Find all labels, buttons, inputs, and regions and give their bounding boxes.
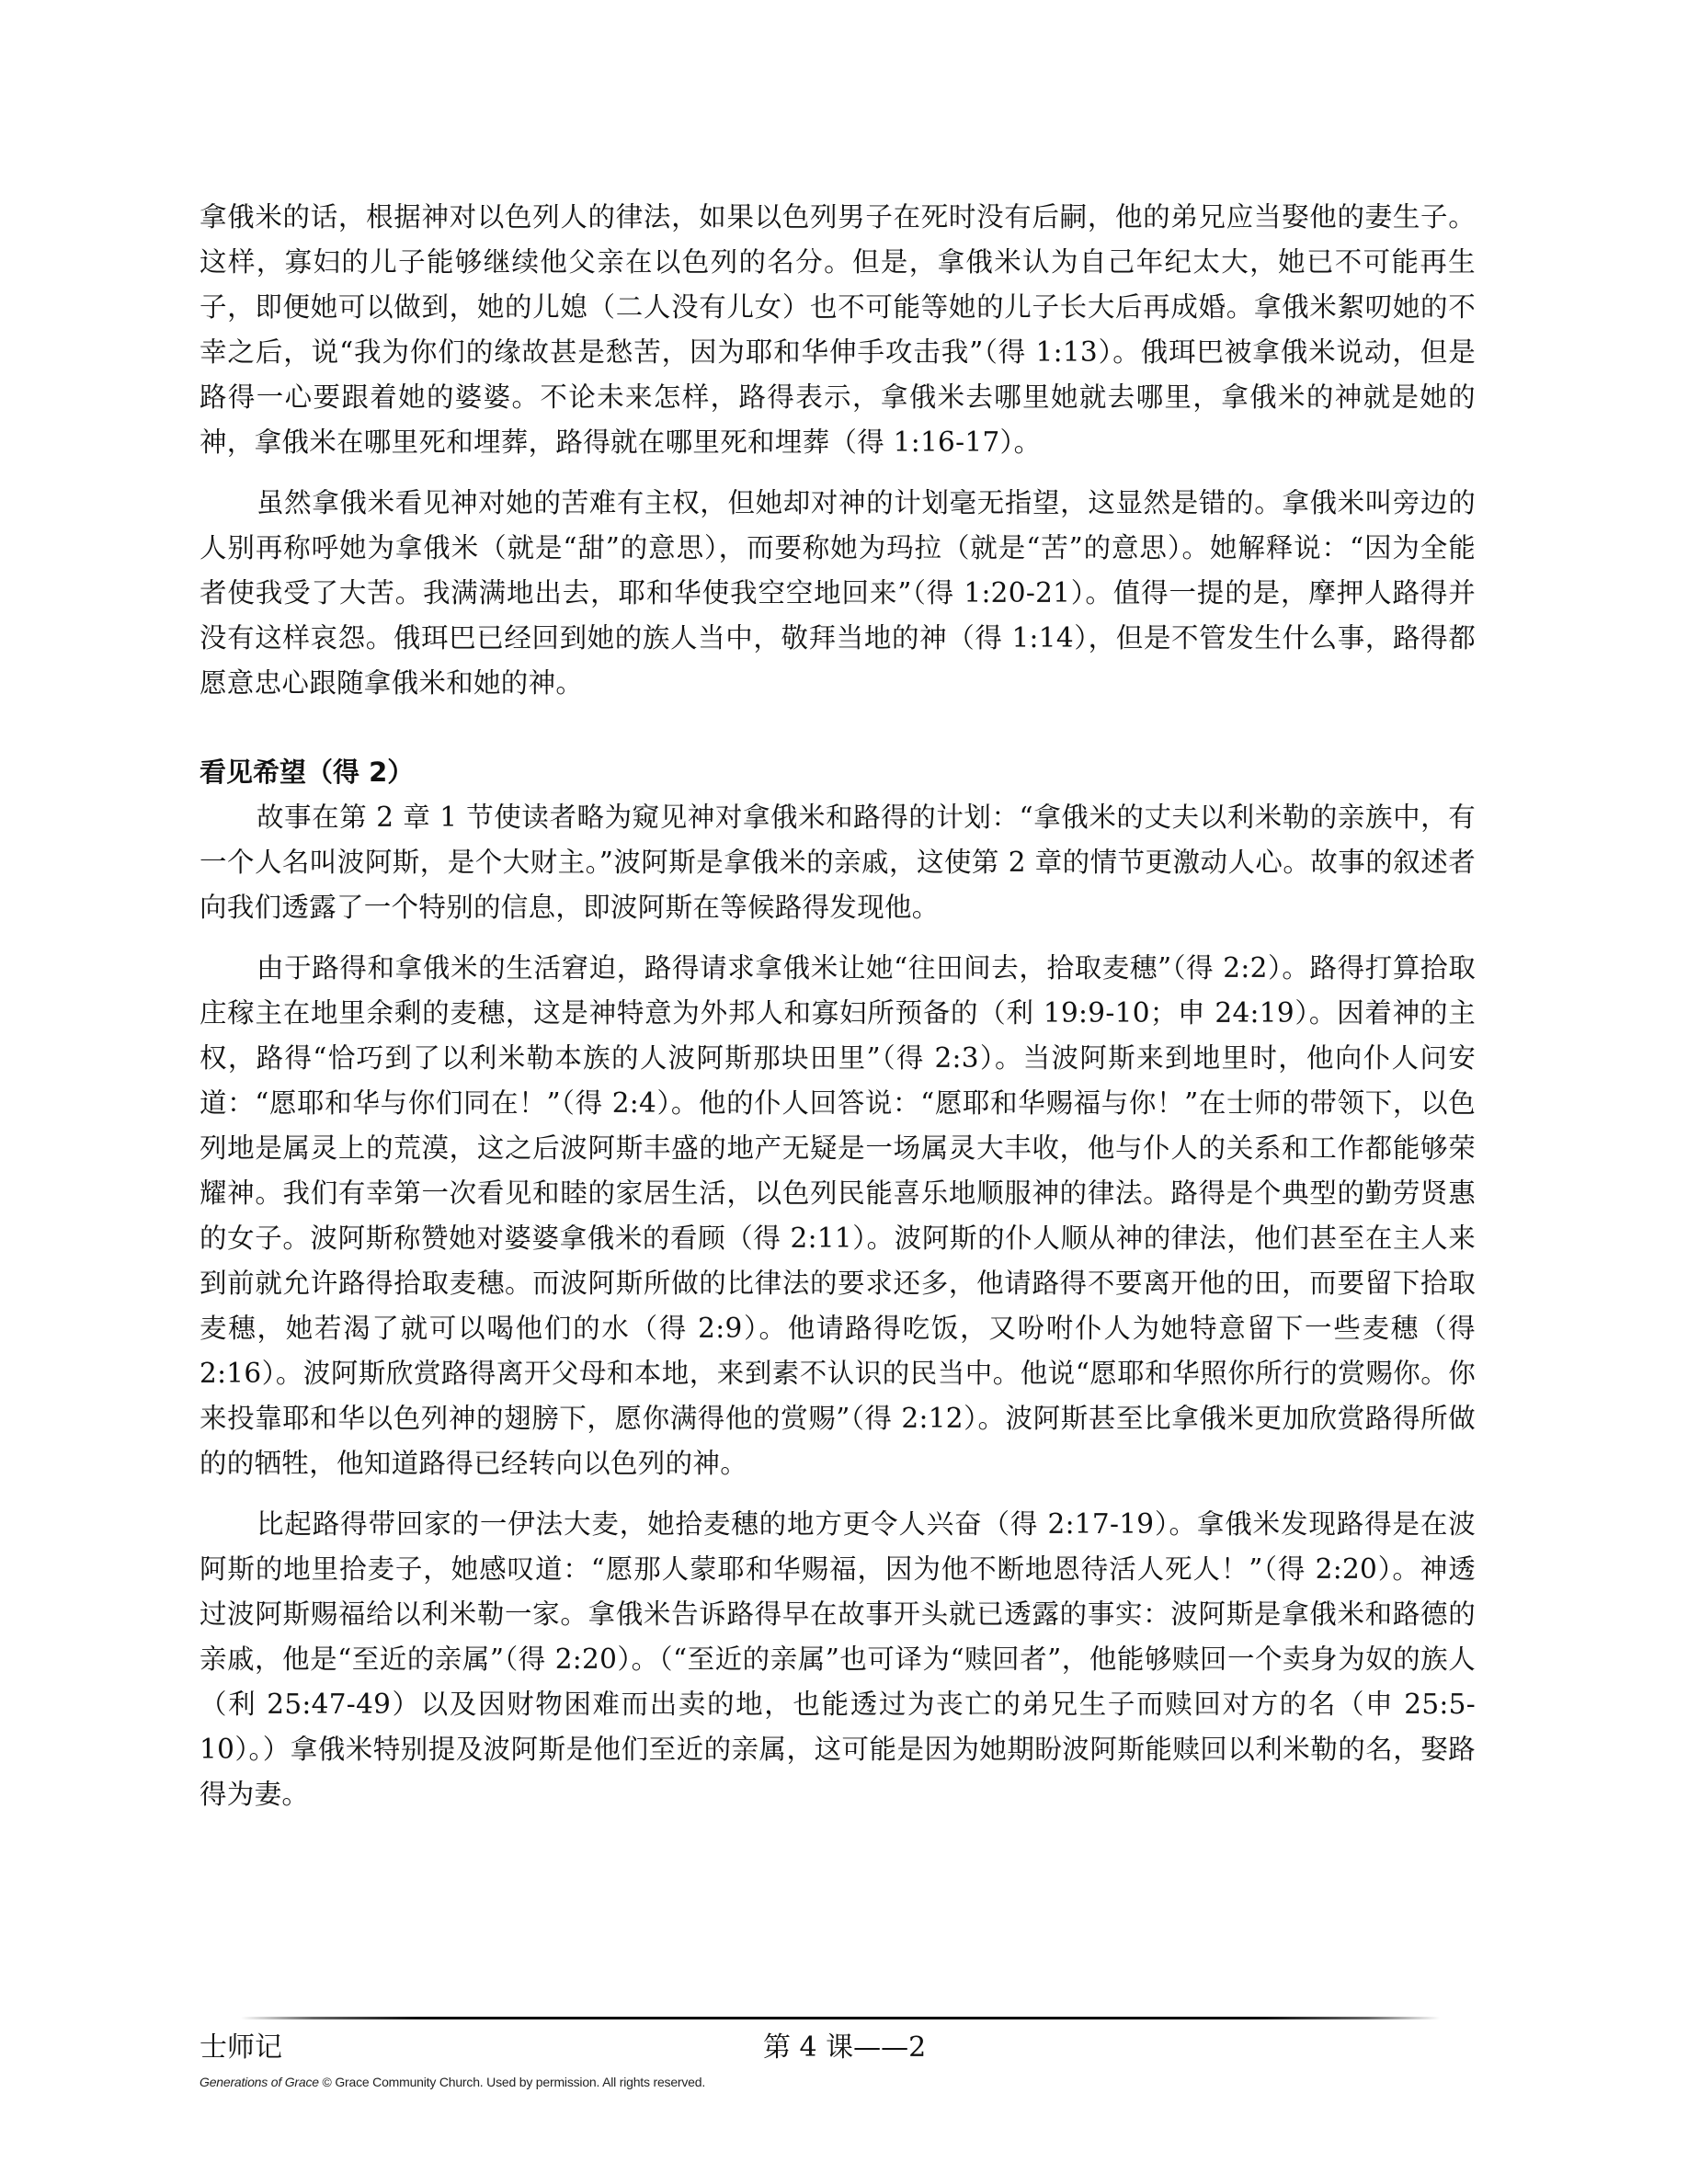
- paragraph: 由于路得和拿俄米的生活窘迫，路得请求拿俄米让她“往田间去，拾取麦穗”（得 2:2…: [200, 946, 1476, 1486]
- paragraph: 故事在第 2 章 1 节使读者略为窥见神对拿俄米和路得的计划：“拿俄米的丈夫以利…: [200, 795, 1476, 930]
- footer-divider: [241, 2017, 1440, 2019]
- footer-copyright: Generations of Grace © Grace Community C…: [200, 2074, 705, 2090]
- section-heading: 看见希望（得 2）: [200, 750, 1476, 795]
- copyright-title: Generations of Grace: [200, 2075, 319, 2089]
- footer-lesson-page: 第 4 课——2: [763, 2030, 926, 2066]
- document-body: 拿俄米的话，根据神对以色列人的律法，如果以色列男子在死时没有后嗣，他的弟兄应当娶…: [200, 195, 1476, 1817]
- copyright-notice: © Grace Community Church. Used by permis…: [319, 2075, 705, 2089]
- paragraph: 虽然拿俄米看见神对她的苦难有主权，但她却对神的计划毫无指望，这显然是错的。拿俄米…: [200, 481, 1476, 706]
- paragraph: 拿俄米的话，根据神对以色列人的律法，如果以色列男子在死时没有后嗣，他的弟兄应当娶…: [200, 195, 1476, 465]
- paragraph: 比起路得带回家的一伊法大麦，她拾麦穗的地方更令人兴奋（得 2:17-19）。拿俄…: [200, 1502, 1476, 1817]
- footer-book-title: 士师记: [200, 2030, 282, 2066]
